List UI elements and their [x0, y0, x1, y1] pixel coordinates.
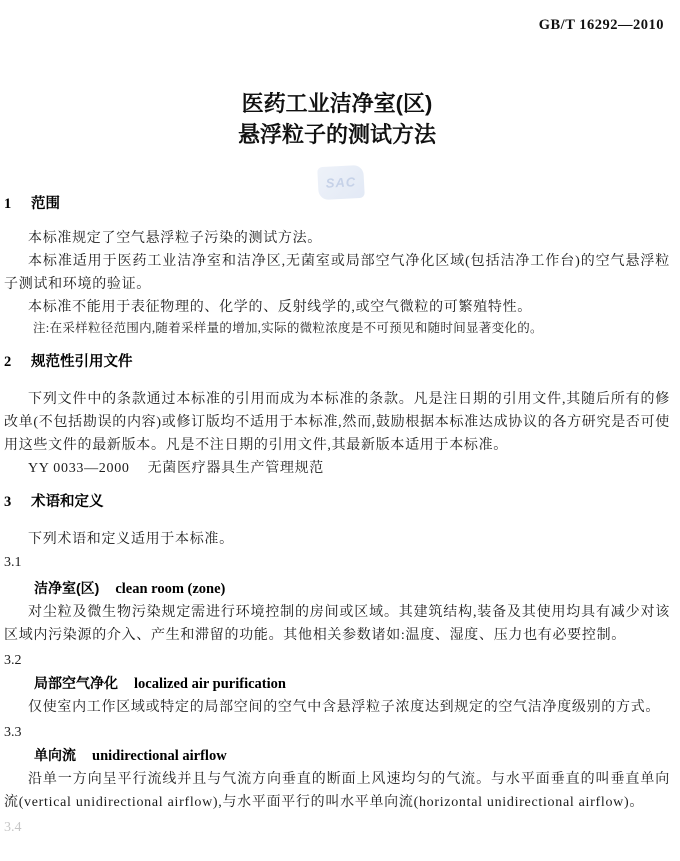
section-1-paragraph-3: 本标准不能用于表征物理的、化学的、反射线学的,或空气微粒的可繁殖特性。 [4, 296, 670, 319]
term-3-3-zh: 单向流 [34, 747, 76, 763]
reference-code: YY 0033—2000 [28, 461, 130, 476]
sac-watermark: SAC [317, 165, 365, 200]
section-3-intro: 下列术语和定义适用于本标准。 [4, 528, 670, 551]
section-1-heading: 1范围 [4, 197, 670, 212]
section-2-heading: 2规范性引用文件 [4, 355, 670, 370]
section-1-paragraph-1: 本标准规定了空气悬浮粒子污染的测试方法。 [4, 227, 670, 250]
section-2-paragraph-1: 下列文件中的条款通过本标准的引用而成为本标准的条款。凡是注日期的引用文件,其随后… [4, 388, 670, 457]
term-3-3-id: 3.3 [4, 721, 670, 744]
term-3-1-definition: 对尘粒及微生物污染规定需进行环境控制的房间或区域。其建筑结构,装备及其使用均具有… [4, 601, 670, 647]
term-3-4-id: 3.4 [4, 816, 670, 839]
term-3-3-name: 单向流unidirectional airflow [4, 744, 670, 768]
term-3-1-en: clean room (zone) [115, 581, 225, 597]
term-3-2-zh: 局部空气净化 [34, 675, 118, 691]
section-1-note: 注:在采样粒径范围内,随着采样量的增加,实际的微粒浓度是不可预见和随时间显著变化… [4, 321, 670, 335]
term-3-2-en: localized air purification [134, 676, 286, 692]
normative-reference: YY 0033—2000无菌医疗器具生产管理规范 [4, 457, 670, 480]
term-3-1-zh: 洁净室(区) [34, 580, 99, 596]
term-3-2-name: 局部空气净化localized air purification [4, 672, 670, 696]
sac-watermark-text: SAC [325, 174, 356, 191]
section-1-number: 1 [4, 197, 31, 212]
term-3-1-name: 洁净室(区)clean room (zone) [4, 577, 670, 601]
term-3-1-id: 3.1 [4, 551, 670, 574]
term-3-2-id: 3.2 [4, 649, 670, 672]
section-3-title: 术语和定义 [31, 494, 104, 510]
title-line-2: 悬浮粒子的测试方法 [4, 119, 670, 150]
term-3-3-definition: 沿单一方向呈平行流线并且与气流方向垂直的断面上风速均匀的气流。与水平面垂直的叫垂… [4, 768, 670, 814]
document-page: GB/T 16292—2010 医药工业洁净室(区) 悬浮粒子的测试方法 SAC… [0, 0, 680, 861]
section-1-title: 范围 [31, 196, 60, 212]
section-2-title: 规范性引用文件 [31, 354, 133, 370]
section-3-number: 3 [4, 495, 31, 510]
title-line-1: 医药工业洁净室(区) [4, 88, 670, 119]
section-1-paragraph-2: 本标准适用于医药工业洁净室和洁净区,无菌室或局部空气净化区域(包括洁净工作台)的… [4, 250, 670, 296]
term-3-3-en: unidirectional airflow [92, 748, 227, 764]
section-3-heading: 3术语和定义 [4, 495, 670, 510]
term-3-2-definition: 仅使室内工作区域或特定的局部空间的空气中含悬浮粒子浓度达到规定的空气洁净度级别的… [4, 696, 670, 719]
section-2-number: 2 [4, 355, 31, 370]
reference-title: 无菌医疗器具生产管理规范 [148, 461, 324, 476]
standard-code: GB/T 16292—2010 [539, 17, 664, 34]
